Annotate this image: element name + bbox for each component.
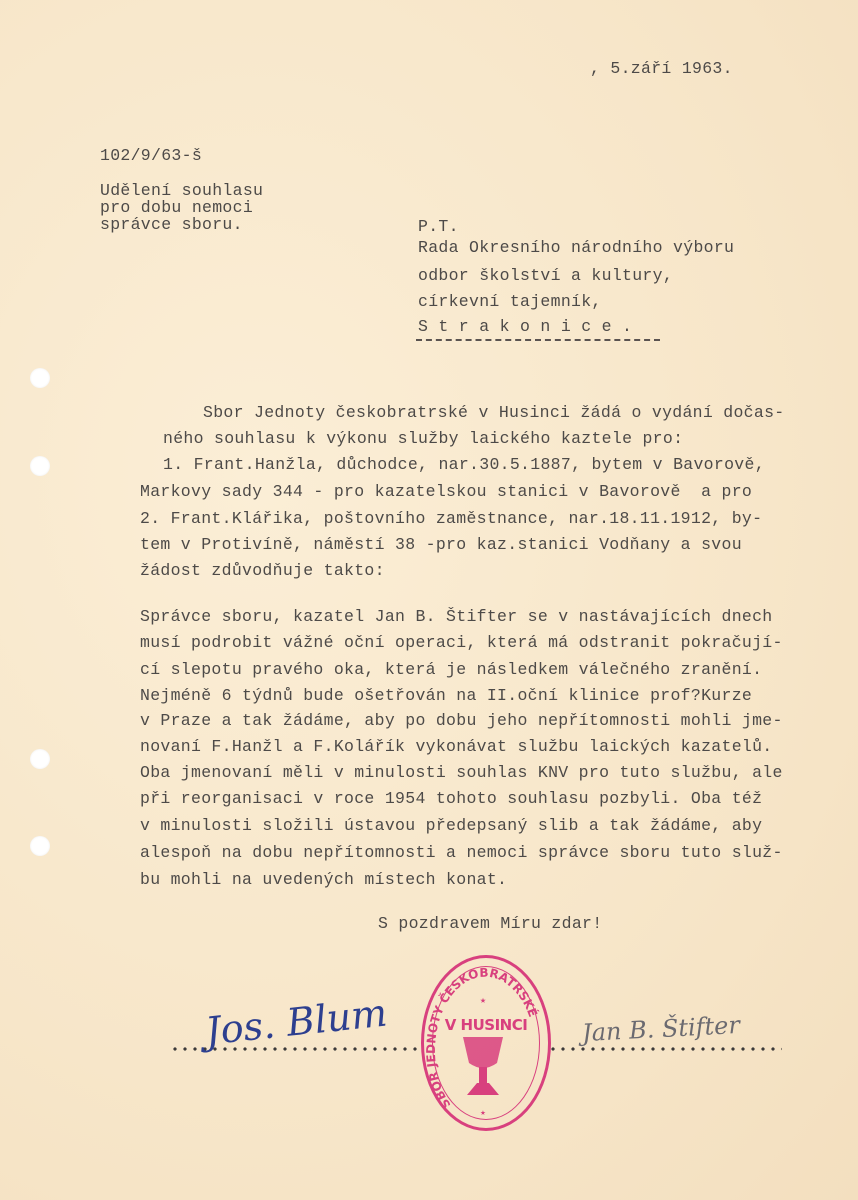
punch-hole: [30, 749, 50, 769]
body-line: tem v Protivíně, náměstí 38 -pro kaz.sta…: [140, 537, 742, 554]
punch-hole: [30, 456, 50, 476]
body-line: Sbor Jednoty českobratrské v Husinci žád…: [203, 405, 785, 422]
church-stamp: SBOR JEDNOTY ČESKOBRATRSKÉ ★ ★ V HUSINCI: [421, 955, 551, 1131]
punch-hole: [30, 368, 50, 388]
svg-text:★: ★: [480, 996, 486, 1007]
subject-line-3: správce sboru.: [100, 217, 243, 234]
body-line: 1. Frant.Hanžla, důchodce, nar.30.5.1887…: [163, 457, 765, 474]
recipient-line: církevní tajemník,: [418, 294, 602, 311]
city-underline: [416, 339, 660, 341]
letter-date: , 5.září 1963.: [590, 61, 733, 78]
body-line: Nejméně 6 týdnů bude ošetřován na II.očn…: [140, 688, 752, 705]
recipient-line: P.T.: [418, 219, 459, 236]
body-line: Oba jmenovaní měli v minulosti souhlas K…: [140, 765, 783, 782]
reference-number: 102/9/63-š: [100, 148, 202, 165]
stamp-center-text: V HUSINCI: [424, 1016, 548, 1034]
stamp-ring-text-icon: SBOR JEDNOTY ČESKOBRATRSKÉ ★ ★: [421, 955, 545, 1125]
body-line: žádost zdůvodňuje takto:: [140, 563, 385, 580]
signature-left: Jos. Blum: [203, 991, 389, 1054]
body-line: v Praze a tak žádáme, aby po dobu jeho n…: [140, 713, 783, 730]
body-line: v minulosti složili ústavou předepsaný s…: [140, 818, 762, 835]
body-line: Správce sboru, kazatel Jan B. Štifter se…: [140, 609, 773, 626]
body-line: alespoň na dobu nepřítomnosti a nemoci s…: [140, 845, 783, 862]
body-line: cí slepotu pravého oka, která je následk…: [140, 662, 762, 679]
closing-greeting: S pozdravem Míru zdar!: [378, 916, 602, 933]
svg-text:★: ★: [480, 1108, 486, 1118]
body-line: musí podrobit vážné oční operaci, která …: [140, 635, 783, 652]
recipient-line: odbor školství a kultury,: [418, 268, 673, 285]
body-line: při reorganisaci v roce 1954 tohoto souh…: [140, 791, 762, 808]
signature-right: Jan B. Štifter: [581, 1011, 740, 1047]
recipient-line: Rada Okresního národního výboru: [418, 240, 734, 257]
body-line: ného souhlasu k výkonu služby laického k…: [163, 431, 683, 448]
body-line: novaní F.Hanžl a F.Kolářík vykonávat slu…: [140, 739, 773, 756]
recipient-city: S t r a k o n i c e .: [418, 319, 632, 336]
body-line: Markovy sady 344 - pro kazatelskou stani…: [140, 484, 752, 501]
signature-line-right: [548, 1047, 782, 1051]
body-line: 2. Frant.Klářika, poštovního zaměstnance…: [140, 511, 762, 528]
punch-hole: [30, 836, 50, 856]
body-line: bu mohli na uvedených místech konat.: [140, 872, 507, 889]
